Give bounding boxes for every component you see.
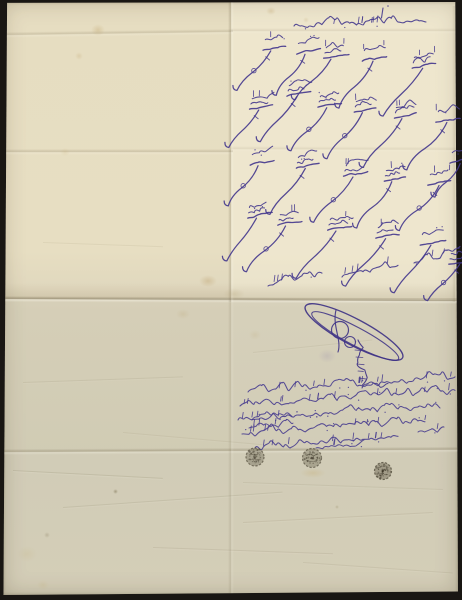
fold-crease <box>228 2 234 302</box>
foxing-stain <box>37 580 49 590</box>
foxing-stain <box>335 505 339 509</box>
foxing-stain <box>199 275 217 287</box>
fold-crease <box>231 28 462 34</box>
fold-crease <box>228 302 234 600</box>
paper-crinkle <box>123 432 263 445</box>
fold-crease <box>452 6 458 302</box>
paper-crinkle <box>43 242 163 247</box>
paper-crinkle <box>63 492 283 508</box>
foxing-stain <box>223 288 245 300</box>
paper-shading-upper-right <box>231 2 462 298</box>
foxing-stain <box>318 349 336 363</box>
foxing-stain <box>266 7 276 15</box>
paper-crinkle <box>253 339 372 353</box>
paper-shading-lower-left <box>3 300 231 452</box>
paper-crinkle <box>243 512 433 523</box>
foxing-stain <box>17 546 37 562</box>
fold-shadow-band <box>3 283 462 299</box>
foxing-stain <box>300 468 326 478</box>
paper-crinkle <box>23 376 183 383</box>
paper-crinkle <box>13 470 163 479</box>
fold-crease <box>3 29 233 38</box>
foxing-stain <box>113 489 118 494</box>
foxing-stain <box>44 532 50 538</box>
foxing-stain <box>91 24 105 36</box>
fold-crease <box>231 146 462 153</box>
fold-crease <box>3 149 233 155</box>
foxing-stain <box>303 17 309 23</box>
foxing-stain <box>75 52 83 60</box>
document-photo <box>0 0 462 600</box>
paper-shading-upper-left <box>3 2 231 298</box>
fold-crease <box>3 447 462 455</box>
foxing-stain <box>249 330 261 340</box>
fold-crease <box>3 296 462 304</box>
foxing-stain <box>176 309 190 319</box>
foxing-stain <box>60 148 70 156</box>
paper-crinkle <box>303 562 453 573</box>
paper-crinkle <box>153 547 333 554</box>
paper-sheet <box>3 2 458 595</box>
paper-shading-lower <box>3 300 462 600</box>
paper-crinkle <box>243 482 443 490</box>
